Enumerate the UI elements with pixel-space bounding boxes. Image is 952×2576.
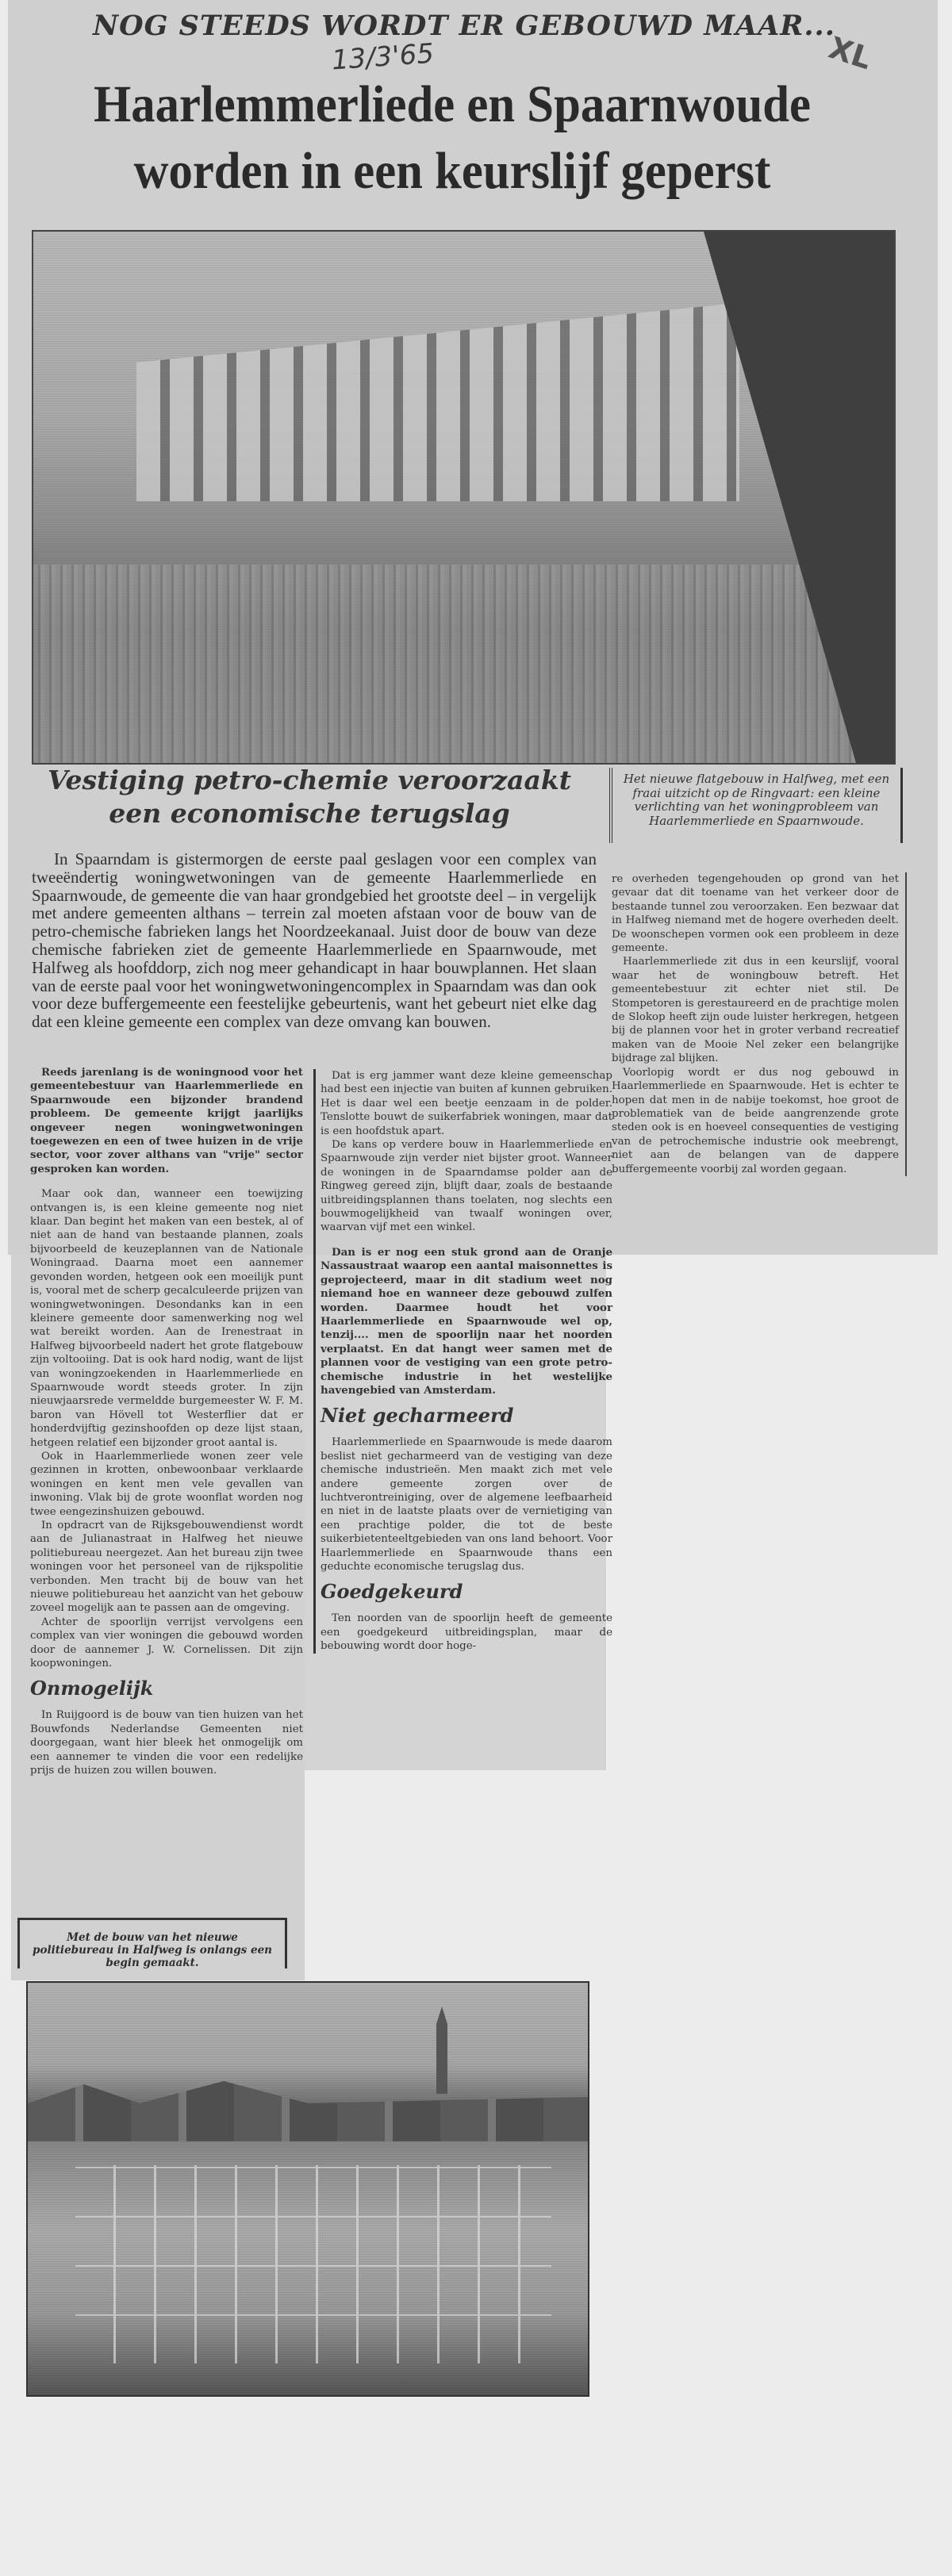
column-middle: Dat is erg jammer want deze kleine gemee… (313, 1069, 612, 1654)
paragraph: Ook in Haarlemmerliede wonen zeer vele g… (30, 1450, 303, 1519)
paragraph: Maar ook dan, wanneer een toewijzing ont… (30, 1187, 303, 1450)
kicker: NOG STEEDS WORDT ER GEBOUWD MAAR... (48, 10, 881, 42)
intro-paragraph: In Spaarndam is gistermorgen de eerste p… (32, 850, 597, 1031)
paragraph: Haarlemmerliede zit dus in een keurslijf… (612, 955, 899, 1065)
paragraph: Voorlopig wordt er dus nog gebouwd in Ha… (612, 1066, 899, 1176)
photo-construction-site-icon (26, 1981, 589, 2397)
section-heading-goedgekeurd: Goedgekeurd (321, 1580, 612, 1604)
paragraph: De kans op verdere bouw in Haarlemmerlie… (321, 1138, 612, 1235)
paragraph: In opdracrt van de Rijksgebouwendienst w… (30, 1519, 303, 1616)
building-shape (136, 303, 739, 501)
subheadline: Vestiging petro-chemie veroorzaakt een e… (32, 764, 587, 830)
lead-paragraph: Reeds jarenlang is de woningnood voor he… (30, 1066, 303, 1176)
section-heading-onmogelijk: Onmogelijk (30, 1677, 303, 1700)
bold-paragraph: Dan is er nog een stuk grond aan de Oran… (321, 1246, 612, 1397)
water-reflection (33, 565, 894, 763)
paragraph: Ten noorden van de spoorlijn heeft de ge… (321, 1612, 612, 1653)
column-left: Reeds jarenlang is de woningnood voor he… (30, 1066, 303, 1778)
paragraph: In Ruijgoord is de bouw van tien huizen … (30, 1708, 303, 1777)
church-tower-shape (436, 2007, 447, 2094)
section-heading-niet-gecharmeerd: Niet gecharmeerd (321, 1404, 612, 1428)
paragraph: re overheden tegengehouden op grond van … (612, 872, 899, 955)
scaffolding-shape (75, 2165, 551, 2363)
photo2-caption: Met de bouw van het nieuwe politiebureau… (17, 1918, 287, 1968)
paragraph: Dat is erg jammer want deze kleine gemee… (321, 1069, 612, 1138)
paragraph: Haarlemmerliede en Spaarnwoude is mede d… (321, 1436, 612, 1574)
photo1-caption: Het nieuwe flatgebouw in Halfweg, met ee… (609, 768, 903, 843)
houses-shape (28, 2078, 588, 2141)
column-right: re overheden tegengehouden op grond van … (612, 872, 907, 1176)
headline: Haarlemmerliede en Spaarnwoude worden in… (65, 71, 839, 205)
photo-flat-building-icon (32, 230, 896, 765)
paragraph: Achter de spoorlijn verrijst vervolgens … (30, 1616, 303, 1671)
